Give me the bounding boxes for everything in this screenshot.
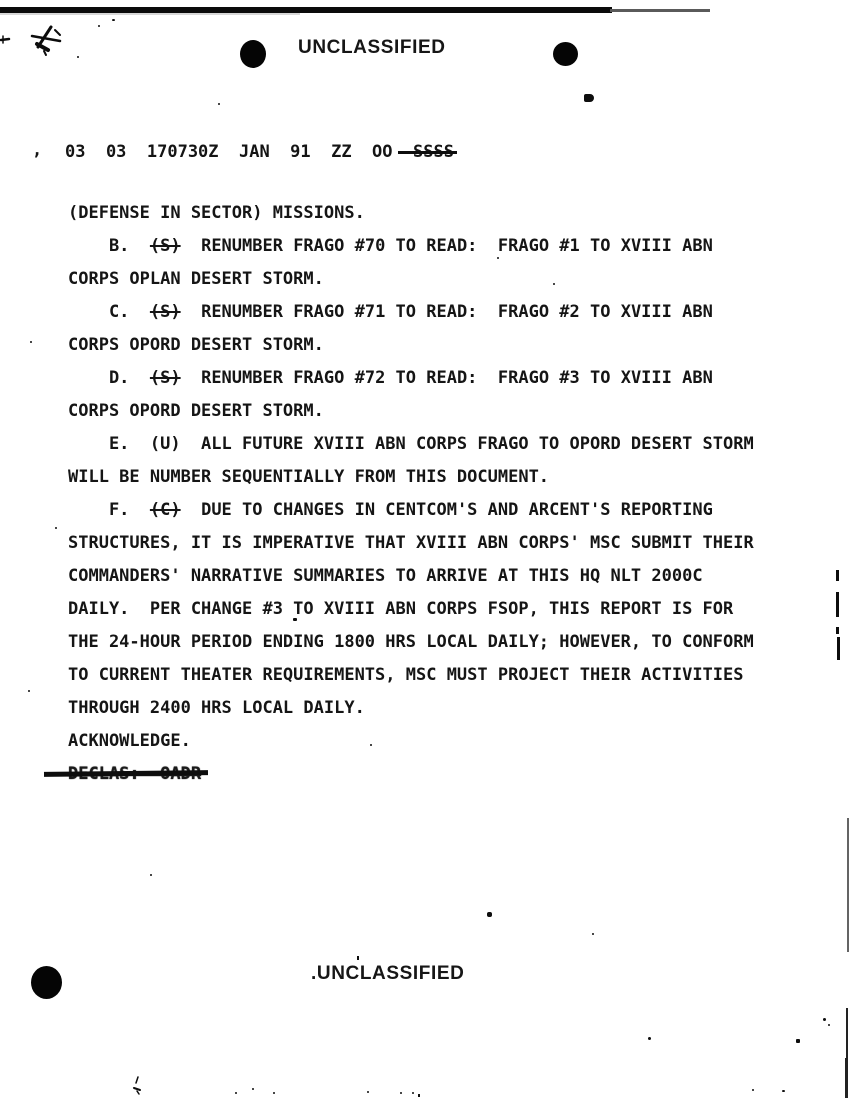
scan-artifact-top-bar-thin bbox=[610, 9, 710, 12]
ink-speck bbox=[293, 618, 297, 621]
document-line: TO CURRENT THEATER REQUIREMENTS, MSC MUS… bbox=[68, 665, 744, 686]
line-text: C. bbox=[68, 302, 150, 322]
document-line: ACKNOWLEDGE. bbox=[68, 731, 191, 752]
struck-classification-marking: (S) bbox=[150, 368, 181, 388]
line-text: WILL BE NUMBER SEQUENTIALLY FROM THIS DO… bbox=[68, 467, 549, 487]
document-line: DAILY. PER CHANGE #3 TO XVIII ABN CORPS … bbox=[68, 599, 733, 620]
ink-blob bbox=[584, 94, 594, 102]
line-text: E. (U) ALL FUTURE XVIII ABN CORPS FRAGO … bbox=[68, 434, 754, 454]
line-text: THROUGH 2400 HRS LOCAL DAILY. bbox=[68, 698, 365, 718]
ink-speck bbox=[98, 25, 100, 27]
comma-ink-mark: , bbox=[32, 140, 42, 160]
ink-speck bbox=[367, 1091, 369, 1093]
ink-speck bbox=[77, 56, 79, 58]
line-text: RENUMBER FRAGO #72 TO READ: FRAGO #3 TO … bbox=[181, 368, 713, 388]
line-text: COMMANDERS' NARRATIVE SUMMARIES TO ARRIV… bbox=[68, 566, 703, 586]
ink-speck bbox=[752, 1089, 754, 1091]
line-text: DUE TO CHANGES IN CENTCOM'S AND ARCENT'S… bbox=[181, 500, 713, 520]
ink-speck bbox=[252, 1088, 254, 1090]
ink-speck bbox=[273, 1092, 275, 1094]
document-line: B. (S) RENUMBER FRAGO #70 TO READ: FRAGO… bbox=[68, 236, 713, 257]
ink-speck bbox=[235, 1092, 237, 1094]
ink-speck bbox=[30, 341, 32, 343]
scanned-document-page: UNCLASSIFIED .UNCLASSIFIED , 03 03 17073… bbox=[0, 0, 850, 1103]
scan-edge-line bbox=[846, 1008, 848, 1060]
bottom-classification-stamp: .UNCLASSIFIED bbox=[311, 963, 464, 985]
ink-speck bbox=[648, 1037, 651, 1040]
scan-artifact-smudge bbox=[0, 13, 300, 15]
document-line: C. (S) RENUMBER FRAGO #71 TO READ: FRAGO… bbox=[68, 302, 713, 323]
pen-tick-mark bbox=[0, 34, 14, 46]
line-text: B. bbox=[68, 236, 150, 256]
ink-speck bbox=[823, 1018, 826, 1021]
struck-classification-marking: (S) bbox=[150, 302, 181, 322]
ink-speck bbox=[112, 19, 115, 21]
line-text: CORPS OPLAN DESERT STORM. bbox=[68, 269, 324, 289]
ink-speck bbox=[553, 283, 555, 285]
line-text: (DEFENSE IN SECTOR) MISSIONS. bbox=[68, 203, 365, 223]
document-line: F. (C) DUE TO CHANGES IN CENTCOM'S AND A… bbox=[68, 500, 713, 521]
line-text: ACKNOWLEDGE. bbox=[68, 731, 191, 751]
document-line: CORPS OPORD DESERT STORM. bbox=[68, 401, 324, 422]
document-line: THROUGH 2400 HRS LOCAL DAILY. bbox=[68, 698, 365, 719]
change-bar bbox=[836, 592, 839, 617]
document-line: CORPS OPLAN DESERT STORM. bbox=[68, 269, 324, 290]
pen-mark-bottom bbox=[131, 1076, 145, 1096]
scan-edge-line bbox=[847, 818, 849, 952]
dtg-text: 03 03 170730Z JAN 91 ZZ OO bbox=[65, 142, 413, 162]
ink-speck bbox=[782, 1090, 785, 1092]
line-text: TO CURRENT THEATER REQUIREMENTS, MSC MUS… bbox=[68, 665, 744, 685]
ink-speck bbox=[796, 1039, 800, 1043]
line-text: F. bbox=[68, 500, 150, 520]
document-line: COMMANDERS' NARRATIVE SUMMARIES TO ARRIV… bbox=[68, 566, 703, 587]
ink-speck bbox=[828, 1024, 830, 1026]
document-line: E. (U) ALL FUTURE XVIII ABN CORPS FRAGO … bbox=[68, 434, 754, 455]
struck-classification-marking: (S) bbox=[150, 236, 181, 256]
document-line: WILL BE NUMBER SEQUENTIALLY FROM THIS DO… bbox=[68, 467, 549, 488]
line-text: THE 24-HOUR PERIOD ENDING 1800 HRS LOCAL… bbox=[68, 632, 754, 652]
line-text: CORPS OPORD DESERT STORM. bbox=[68, 401, 324, 421]
ink-speck bbox=[370, 744, 372, 746]
strike-extension-bar bbox=[398, 151, 457, 154]
pen-scribble-mark bbox=[24, 24, 68, 58]
document-line: THE 24-HOUR PERIOD ENDING 1800 HRS LOCAL… bbox=[68, 632, 754, 653]
line-text: CORPS OPORD DESERT STORM. bbox=[68, 335, 324, 355]
line-text: RENUMBER FRAGO #71 TO READ: FRAGO #2 TO … bbox=[181, 302, 713, 322]
document-line: D. (S) RENUMBER FRAGO #72 TO READ: FRAGO… bbox=[68, 368, 713, 389]
ink-speck bbox=[400, 1092, 402, 1094]
document-line: STRUCTURES, IT IS IMPERATIVE THAT XVIII … bbox=[68, 533, 754, 554]
line-text: D. bbox=[68, 368, 150, 388]
change-bar bbox=[836, 570, 839, 581]
scan-edge-line bbox=[845, 1058, 848, 1098]
struck-classification-marking: (C) bbox=[150, 500, 181, 520]
hole-punch-top-right bbox=[553, 42, 578, 66]
ink-speck bbox=[418, 1094, 420, 1097]
ink-speck bbox=[357, 956, 359, 960]
ink-speck bbox=[487, 912, 492, 917]
line-text: DAILY. PER CHANGE #3 TO XVIII ABN CORPS … bbox=[68, 599, 733, 619]
line-text: STRUCTURES, IT IS IMPERATIVE THAT XVIII … bbox=[68, 533, 754, 553]
ink-speck bbox=[592, 933, 594, 935]
document-line: CORPS OPORD DESERT STORM. bbox=[68, 335, 324, 356]
ink-speck bbox=[28, 690, 30, 692]
document-line: (DEFENSE IN SECTOR) MISSIONS. bbox=[68, 203, 365, 224]
hole-punch-top-left bbox=[240, 40, 266, 68]
top-classification-stamp: UNCLASSIFIED bbox=[298, 37, 446, 59]
hole-punch-bottom-left bbox=[31, 966, 62, 999]
ink-speck bbox=[55, 527, 57, 529]
date-time-group-line: 03 03 170730Z JAN 91 ZZ OO SSSS bbox=[65, 142, 454, 162]
ink-speck bbox=[412, 1092, 414, 1094]
ink-speck bbox=[150, 874, 152, 876]
change-bar bbox=[836, 627, 839, 634]
line-text: RENUMBER FRAGO #70 TO READ: FRAGO #1 TO … bbox=[181, 236, 713, 256]
ink-speck bbox=[497, 257, 499, 259]
change-bar bbox=[837, 637, 840, 660]
ink-speck bbox=[218, 103, 220, 105]
